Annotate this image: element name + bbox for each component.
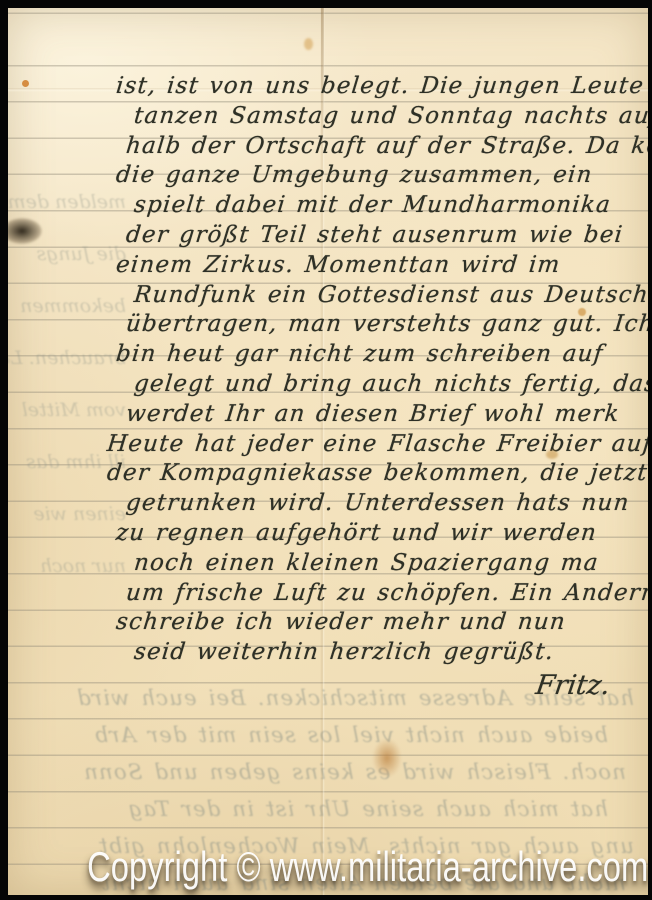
bleed-through-fragment: brauchen. Land (8, 332, 126, 384)
letter-line: ist, ist von uns belegt. Die jungen Leut… (114, 72, 648, 102)
bleed-through-line: ung auch gar nichts. Mein Wochenlohn gib… (8, 828, 648, 865)
letter-line: Rundfunk ein Gottesdienst aus Deutschl (132, 281, 648, 311)
bleed-through-line: hat mich auch seine Uhr ist in der Tag (8, 791, 648, 828)
ink-blot (8, 218, 42, 244)
bleed-through-line: nicht und die beiden Alten sind auch nic… (8, 865, 648, 895)
letter-line: tanzen Samstag und Sonntag nachts auß (132, 102, 648, 132)
letter-line: spielt dabei mit der Mundharmonika (132, 191, 648, 221)
bleed-through-fragment: bekommen (8, 280, 126, 332)
bleed-through-fragment: nur noch (8, 540, 126, 592)
rust-stain (304, 38, 313, 50)
bleed-through-text-bottom: hat seine Adresse mitschicken. Bei euch … (8, 680, 648, 895)
copyright-watermark-text: Copyright © www.militaria-archive.com (87, 845, 648, 889)
bleed-through-fragment: die Jungs (8, 228, 126, 280)
letter-line: zu regnen aufgehört und wir werden (114, 519, 648, 549)
letter-paper: melden demdie Jungsbekommenbrauchen. Lan… (8, 8, 648, 895)
letter-line: der Kompagniekasse bekommen, die jetzt (105, 459, 648, 489)
letter-signature: Fritz. (534, 670, 612, 701)
letter-line: um frische Luft zu schöpfen. Ein Andern (124, 579, 648, 609)
letter-line: der größt Teil steht ausenrum wie bei (124, 221, 648, 251)
bleed-through-fragment: vom Mittel (8, 384, 126, 436)
letter-line: übertragen, man verstehts ganz gut. Ich (124, 310, 648, 340)
copyright-watermark: Copyright © www.militaria-archive.com (8, 845, 648, 889)
letter-photograph: melden demdie Jungsbekommenbrauchen. Lan… (0, 0, 652, 900)
letter-line: noch einen kleinen Spaziergang ma (132, 549, 648, 579)
bleed-through-text-left-margin: melden demdie Jungsbekommenbrauchen. Lan… (8, 176, 126, 592)
rust-stain (372, 738, 402, 778)
letter-line: einem Zirkus. Momenttan wird im (114, 251, 648, 281)
letter-line: die ganze Umgebung zusammen, ein (114, 161, 648, 191)
letter-line: bin heut gar nicht zum schreiben auf (114, 340, 648, 370)
bleed-through-line: beide auch nicht viel los sein mit der A… (8, 717, 648, 754)
bleed-through-line: noch. Fleisch wird es keins geben und So… (8, 754, 648, 791)
letter-line: Heute hat jeder eine Flasche Freibier au… (105, 430, 648, 460)
letter-line: gelegt und bring auch nichts fertig, das (132, 370, 648, 400)
letter-line: seid weiterhin herzlich gegrüßt. (132, 638, 648, 668)
bleed-through-fragment: melden dem (8, 176, 126, 228)
bleed-through-fragment: einen wie (8, 488, 126, 540)
letter-line: werdet Ihr an diesen Brief wohl merk (124, 400, 648, 430)
letter-line: halb der Ortschaft auf der Straße. Da ko… (124, 132, 648, 162)
letter-line: schreibe ich wieder mehr und nun (114, 608, 648, 638)
letter-body: ist, ist von uns belegt. Die jungen Leut… (112, 72, 648, 668)
rust-spot (22, 80, 29, 87)
letter-line: getrunken wird. Unterdessen hats nun (124, 489, 648, 519)
